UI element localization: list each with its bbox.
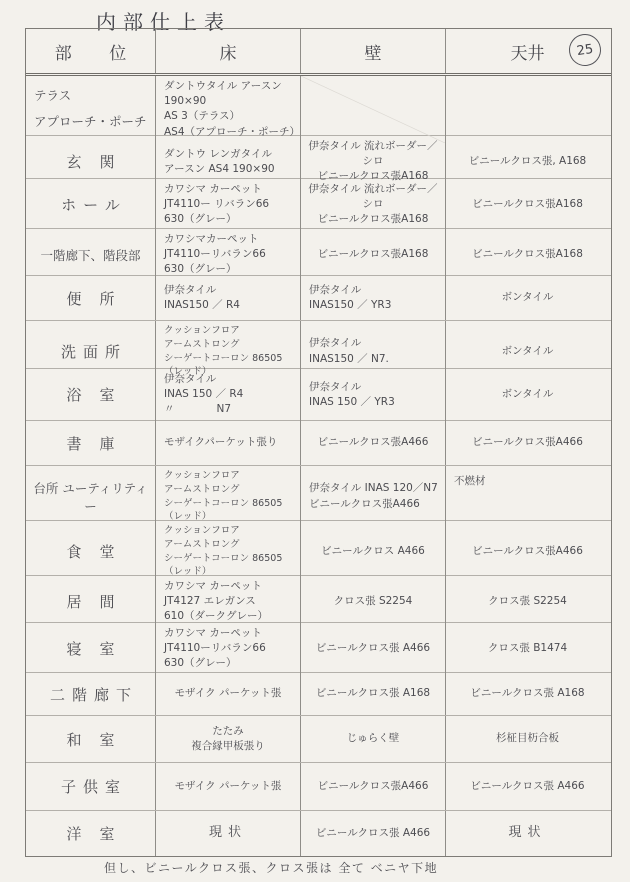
room-name: テラス アプローチ・ポーチ	[26, 76, 156, 143]
wall-cell: 伊奈タイル INAS 150 ／ YR3	[301, 369, 446, 421]
room-name: 一階廊下、階段部	[26, 229, 156, 281]
scanned-finish-schedule: { "page": { "title": "内部仕上表", "page_numb…	[0, 0, 630, 882]
room-name: 二階廊下	[26, 673, 156, 715]
footnote: 但し、ビニールクロス張、クロス張は 全て ベニヤ下地	[104, 859, 438, 876]
col-header-ceiling-label: 天井	[511, 39, 545, 64]
table-row: 一階廊下、階段部 カワシマカーペット JT4110ーリバラン66 630（グレー…	[26, 229, 611, 276]
room-name: 寝室	[26, 623, 156, 675]
room-name: 台所 ユーティリティー	[26, 466, 156, 527]
room-name: 子供室	[26, 763, 156, 810]
table-row: 書庫 モザイクパーケット張り ビニールクロス張A466 ビニールクロス張A466	[26, 421, 611, 466]
floor-cell: モザイク パーケット張	[156, 673, 301, 715]
table-row: 和室 たたみ 複合縁甲板張り じゅらく壁 杉柾目杤合板	[26, 716, 611, 763]
ceiling-cell: 現状	[446, 811, 609, 856]
floor-cell: 伊奈タイル INAS150 ／ R4	[156, 276, 301, 320]
table-row: 台所 ユーティリティー クッションフロア アームストロング シーゲートコーロン …	[26, 466, 611, 521]
table-header-row: 部 位 床 壁 天井 25	[26, 29, 611, 76]
ceiling-cell: クロス張 B1474	[446, 623, 609, 675]
ceiling-cell: ビニールクロス張 A466	[446, 763, 609, 810]
table-row: 洋室 現状 ビニールクロス張 A466 現状	[26, 811, 611, 856]
wall-cell: ビニールクロス張 A466	[301, 623, 446, 675]
table-row: 洗面所 クッションフロア アームストロング シーゲートコーロン 86505 （レ…	[26, 321, 611, 369]
ceiling-cell: ビニールクロス張 A168	[446, 673, 609, 715]
wall-cell	[301, 76, 446, 143]
ceiling-cell: クロス張 S2254	[446, 576, 609, 628]
wall-cell: ビニールクロス張A466	[301, 421, 446, 465]
floor-cell: カワシマ カーペット JT4127 エレガンス 610（ダークグレー）	[156, 576, 301, 628]
ceiling-cell: ボンタイル	[446, 276, 609, 320]
floor-cell: モザイク パーケット張	[156, 763, 301, 810]
ceiling-cell: 杉柾目杤合板	[446, 716, 609, 762]
room-name: 書庫	[26, 421, 156, 465]
ceiling-cell	[446, 76, 609, 143]
wall-cell: クロス張 S2254	[301, 576, 446, 628]
floor-cell: クッションフロア アームストロング シーゲートコーロン 86505（レッド）	[156, 466, 301, 527]
ceiling-cell: ビニールクロス張A466	[446, 421, 609, 465]
table-row: テラス アプローチ・ポーチ ダントウタイル アースン 190×90 AS 3（テ…	[26, 76, 611, 136]
table-row: 便所 伊奈タイル INAS150 ／ R4 伊奈タイル INAS150 ／ YR…	[26, 276, 611, 321]
room-name: 和室	[26, 716, 156, 762]
room-name: 便所	[26, 276, 156, 320]
finish-schedule-table: 部 位 床 壁 天井 25 テラス アプローチ・ポーチ ダントウタイル アースン…	[25, 28, 612, 857]
room-name: ホール	[26, 179, 156, 231]
col-header-wall: 壁	[301, 29, 446, 73]
room-name: 食堂	[26, 521, 156, 582]
room-name: 浴室	[26, 369, 156, 421]
ceiling-cell: ビニールクロス張A168	[446, 179, 609, 231]
table-row: 二階廊下 モザイク パーケット張 ビニールクロス張 A168 ビニールクロス張 …	[26, 673, 611, 716]
room-name: 洋室	[26, 811, 156, 856]
table-row: 居間 カワシマ カーペット JT4127 エレガンス 610（ダークグレー） ク…	[26, 576, 611, 623]
floor-cell: カワシマ カーペット JT4110ーリバラン66 630（グレー）	[156, 623, 301, 675]
ceiling-cell: ビニールクロス張A168	[446, 229, 609, 281]
col-header-floor: 床	[156, 29, 301, 73]
wall-cell: ビニールクロス張A168	[301, 229, 446, 281]
col-header-part: 部 位	[26, 29, 156, 73]
wall-cell: ビニールクロス張 A168	[301, 673, 446, 715]
floor-cell: 伊奈タイル INAS 150 ／ R4 〃 N7	[156, 369, 301, 421]
wall-cell: 伊奈タイル INAS150 ／ YR3	[301, 276, 446, 320]
wall-cell: 伊奈タイル 流れボーダー／シロ ビニールクロス張A168	[301, 179, 446, 231]
col-header-ceiling: 天井 25	[446, 29, 609, 73]
floor-cell: たたみ 複合縁甲板張り	[156, 716, 301, 762]
page-number-badge: 25	[567, 32, 603, 68]
table-row: 玄関 ダントウ レンガタイル アースン AS4 190×90 伊奈タイル 流れボ…	[26, 136, 611, 179]
floor-cell: クッションフロア アームストロング シーゲートコーロン 86505（レッド）	[156, 521, 301, 582]
floor-cell: カワシマ カーペット JT4110ー リバラン66 630（グレー）	[156, 179, 301, 231]
wall-cell: じゅらく壁	[301, 716, 446, 762]
table-row: 浴室 伊奈タイル INAS 150 ／ R4 〃 N7 伊奈タイル INAS 1…	[26, 369, 611, 421]
floor-cell: ダントウタイル アースン 190×90 AS 3（テラス） AS4（アプローチ・…	[156, 76, 301, 143]
floor-cell: モザイクパーケット張り	[156, 421, 301, 465]
floor-cell: 現状	[156, 811, 301, 856]
floor-cell: カワシマカーペット JT4110ーリバラン66 630（グレー）	[156, 229, 301, 281]
table-row: 子供室 モザイク パーケット張 ビニールクロス張A466 ビニールクロス張 A4…	[26, 763, 611, 811]
table-row: 寝室 カワシマ カーペット JT4110ーリバラン66 630（グレー） ビニー…	[26, 623, 611, 673]
wall-cell: ビニールクロス張 A466	[301, 811, 446, 856]
wall-cell: ビニールクロス A466	[301, 521, 446, 582]
wall-cell: 伊奈タイル INAS 120／N7 ビニールクロス張A466	[301, 466, 446, 527]
ceiling-cell: 不燃材	[446, 466, 609, 527]
wall-cell: ビニールクロス張A466	[301, 763, 446, 810]
room-name: 居間	[26, 576, 156, 628]
ceiling-cell: ボンタイル	[446, 369, 609, 421]
ceiling-cell: ビニールクロス張A466	[446, 521, 609, 582]
table-row: ホール カワシマ カーペット JT4110ー リバラン66 630（グレー） 伊…	[26, 179, 611, 229]
table-row: 食堂 クッションフロア アームストロング シーゲートコーロン 86505（レッド…	[26, 521, 611, 576]
